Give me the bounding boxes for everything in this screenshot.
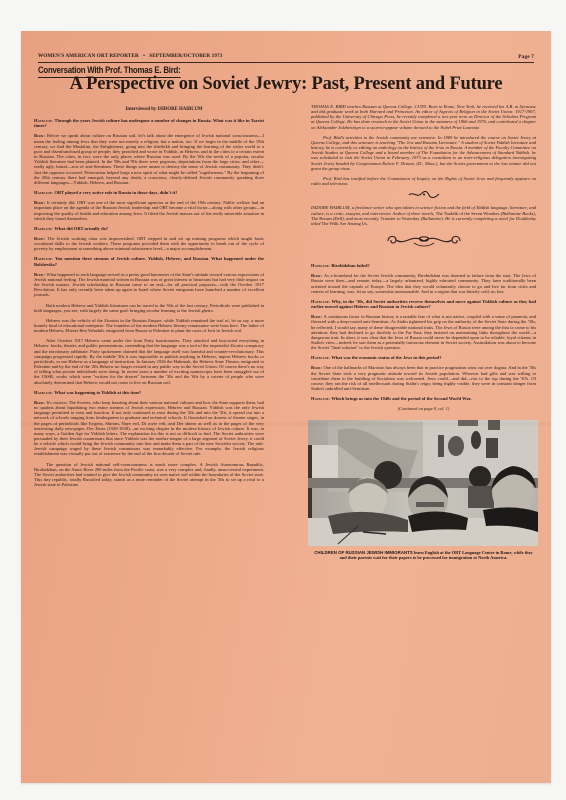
interview-answer: Bird: As a homeland for the Soviet Jewis… [311, 273, 536, 294]
byline: Interviewed by ISIDORE HAIBLUM [34, 107, 264, 112]
article-headline: A Perspective on Soviet Jewry: Past, Pre… [21, 74, 551, 95]
magazine-page: WOMEN'S AMERICAN ORT REPORTER • SEPTEMBE… [21, 31, 551, 783]
interview-question: Haiblum: Birobidzhan failed? [311, 263, 536, 268]
left-column: Interviewed by ISIDORE HAIBLUM Haiblum: … [34, 107, 264, 492]
bio-paragraph: Prof. Bird's activities in the Jewish co… [311, 135, 536, 171]
speaker-interviewer: Haiblum: [34, 390, 54, 395]
speaker-interviewer: Haiblum: [311, 299, 332, 304]
interview-answer: Bird: It's curious. The Soviets, who kee… [34, 400, 264, 457]
interview-answer: Bird: What happened to each language ser… [34, 272, 264, 298]
classroom-photo [308, 420, 538, 546]
book-title: The Wilk Are Among Us. [322, 221, 369, 226]
speaker-subject: Bird: [311, 273, 324, 278]
small-ornament-icon [311, 191, 536, 199]
continued-note: (Continued on page 8, col. 1) [311, 406, 536, 411]
interview-answer: Bird: The Jewish working class was impov… [34, 236, 264, 251]
issue-date: SEPTEMBER/OCTOBER 1973 [149, 53, 222, 59]
publication-name: WOMEN'S AMERICAN ORT REPORTER [38, 53, 139, 59]
speaker-subject: Bird: [34, 272, 46, 277]
book-title: Transfer to Yesterday [381, 216, 420, 221]
interview-paragraph: After October 1917 Hebrew came under fir… [34, 338, 264, 384]
interview-question: Haiblum: Through the years Jewish cultur… [34, 118, 264, 128]
interview-answer: Bird: One of the hallmarks of Marxism ha… [311, 365, 536, 391]
masthead: WOMEN'S AMERICAN ORT REPORTER • SEPTEMBE… [38, 49, 534, 63]
interview-question: Haiblum: What was happening to Yiddish a… [34, 390, 264, 395]
speaker-subject: Bird: [34, 236, 47, 241]
speaker-subject: Bird: [34, 400, 46, 405]
interview-right: Haiblum: Birobidzhan failed?Bird: As a h… [311, 263, 536, 401]
masthead-separator: • [143, 53, 145, 59]
interview-question: Haiblum: You mention three streams of Je… [34, 256, 264, 266]
interview-answer: Bird: It certainly did. ORT was one of t… [34, 200, 264, 221]
speaker-interviewer: Haiblum: [34, 190, 54, 195]
speaker-subject: Bird: [34, 133, 47, 138]
interview-question: Haiblum: What was the economic status of… [311, 355, 536, 360]
speaker-interviewer: Haiblum: [311, 263, 331, 268]
photo-caption: CHILDREN OF RUSSIAN JEWISH IMMIGRANTS le… [311, 550, 536, 560]
flourish-ornament-icon [311, 232, 536, 249]
speaker-subject: Bird: [311, 365, 323, 370]
speaker-interviewer: Haiblum: [311, 396, 331, 401]
haiblum-bio: ISIDORE HAIBLUM, a freelance writer who … [311, 205, 536, 226]
speaker-interviewer: Haiblum: [34, 256, 55, 261]
photo-image [308, 420, 538, 546]
interview-paragraph: The question of Jewish national self-con… [34, 462, 264, 488]
bio-paragraph: THOMAS E. BIRD teaches Russian at Queens… [311, 104, 536, 130]
speaker-interviewer: Haiblum: [34, 118, 54, 123]
interview-question: Haiblum: ORT played a very active role i… [34, 190, 264, 195]
speaker-subject: Bird: [34, 200, 47, 205]
interview-question: Haiblum: What did ORT actually do? [34, 226, 264, 231]
speaker-subject: Bird: [311, 314, 324, 319]
interview-answer: Bird: A continuous factor in Russian his… [311, 314, 536, 350]
interview-question: Haiblum: Which brings us into the 1940s … [311, 396, 536, 401]
bird-bio: THOMAS E. BIRD teaches Russian at Queens… [311, 104, 536, 186]
speaker-interviewer: Haiblum: [34, 226, 54, 231]
interview-paragraph: Both modern Hebrew and Yiddish literatur… [34, 303, 264, 313]
interview-paragraph: Hebrew was the vehicle of the Zionists i… [34, 318, 264, 333]
masthead-publication: WOMEN'S AMERICAN ORT REPORTER • SEPTEMBE… [38, 53, 222, 59]
interview-question: Haiblum: Why, in the '30s, did Soviet au… [311, 299, 536, 309]
right-column: THOMAS E. BIRD teaches Russian at Queens… [311, 104, 536, 560]
speaker-interviewer: Haiblum: [311, 355, 331, 360]
interview-answer: Bird: Before we speak about culture on R… [34, 133, 264, 185]
bio-paragraph: Prof. Bird has testified before the Comm… [311, 176, 536, 186]
interview-left: Haiblum: Through the years Jewish cultur… [34, 118, 264, 487]
page-number: Page 7 [518, 54, 534, 60]
